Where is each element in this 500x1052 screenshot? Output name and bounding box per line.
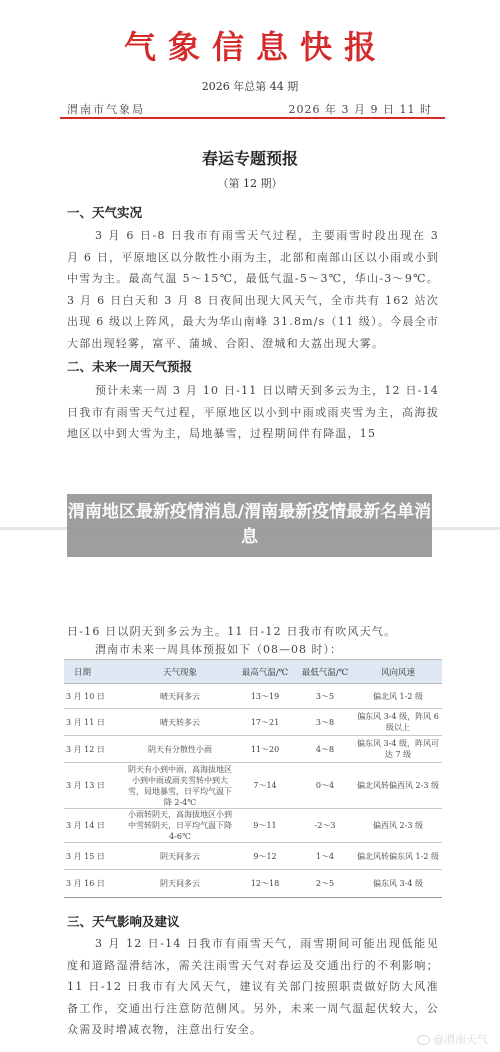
- section-heading-weekly-forecast: 二、未来一周天气预报: [67, 357, 192, 375]
- paragraph-text: 3 月 6 日-8 日我市有雨雪天气过程，主要雨雪时段出现在 3 月 6 日，平…: [67, 229, 439, 350]
- document-title: 春运专题预报: [0, 146, 500, 169]
- table-row: 3 月 12 日 阴天有分散性小雨 11～20 4～8 偏东风 3-4 级，阵风…: [64, 736, 442, 763]
- cell-weather: 晴天间多云: [126, 684, 234, 709]
- cell-weather: 阴天间多云: [126, 870, 234, 898]
- weibo-icon: [417, 1035, 430, 1045]
- section-paragraph-weekly-forecast: 预计未来一周 3 月 10 日-11 日以晴天到多云为主，12 日-14 日我市…: [67, 380, 439, 445]
- cell-min-temp: 3～8: [296, 709, 354, 736]
- table-row: 3 月 10 日 晴天间多云 13～19 3～5 偏北风 1-2 级: [64, 684, 442, 709]
- cell-date: 3 月 13 日: [64, 763, 126, 809]
- cell-max-temp: 17～21: [234, 709, 296, 736]
- table-row: 3 月 16 日 阴天间多云 12～18 2～5 偏东风 3-4 级: [64, 870, 442, 898]
- cell-min-temp: -2～3: [296, 809, 354, 843]
- cell-min-temp: 1～4: [296, 843, 354, 870]
- table-row: 3 月 15 日 阴天间多云 9～12 1～4 偏北风转偏东风 1-2 级: [64, 843, 442, 870]
- cell-max-temp: 7～14: [234, 763, 296, 809]
- cell-weather: 晴天转多云: [126, 709, 234, 736]
- cell-wind: 偏东风 3-4 级，阵风可达 7 级: [354, 736, 442, 763]
- cell-weather: 小雨转阴天，高海拔地区小到中雪转阴天，日平均气温下降 4-6℃: [126, 809, 234, 843]
- col-date: 日期: [64, 660, 126, 684]
- paragraph-text: 3 月 12 日-14 日我市有雨雪天气，雨雪期间可能出现低能见度和道路湿滑结冰…: [67, 937, 439, 1036]
- table-row: 3 月 13 日 阴天有小到中雨，高海拔地区小到中雨或雨夹雪转中到大雪，局地暴雪…: [64, 763, 442, 809]
- cell-weather: 阴天有分散性小雨: [126, 736, 234, 763]
- cell-wind: 偏东风 3-4 级，阵风 6 级以上: [354, 709, 442, 736]
- cell-wind: 偏北风 1-2 级: [354, 684, 442, 709]
- cell-weather: 阴天有小到中雨，高海拔地区小到中雨或雨夹雪转中到大雪，局地暴雪，日平均气温下降 …: [126, 763, 234, 809]
- cell-wind: 偏北风转偏东风 1-2 级: [354, 843, 442, 870]
- cell-min-temp: 3～5: [296, 684, 354, 709]
- paragraph-text: 预计未来一周 3 月 10 日-11 日以晴天到多云为主，12 日-14 日我市…: [67, 384, 439, 440]
- cell-date: 3 月 14 日: [64, 809, 126, 843]
- col-max-temp: 最高气温/℃: [234, 660, 296, 684]
- section-heading-impact-advice: 三、天气影响及建议: [67, 912, 180, 930]
- col-min-temp: 最低气温/℃: [296, 660, 354, 684]
- section-paragraph-impact-advice: 3 月 12 日-14 日我市有雨雪天气，雨雪期间可能出现低能见度和道路湿滑结冰…: [67, 933, 439, 1041]
- col-weather: 天气现象: [126, 660, 234, 684]
- issue-date: 2026 年 3 月 9 日 11 时: [289, 101, 432, 117]
- cell-max-temp: 12～18: [234, 870, 296, 898]
- cell-max-temp: 9～11: [234, 809, 296, 843]
- col-wind: 风向风速: [354, 660, 442, 684]
- cell-date: 3 月 10 日: [64, 684, 126, 709]
- cell-min-temp: 4～8: [296, 736, 354, 763]
- cell-min-temp: 0～4: [296, 763, 354, 809]
- cell-wind: 偏北风转偏西风 2-3 级: [354, 763, 442, 809]
- section-paragraph-weather-observed: 3 月 6 日-8 日我市有雨雪天气过程，主要雨雪时段出现在 3 月 6 日，平…: [67, 225, 439, 354]
- issuer: 渭南市气象局: [67, 101, 145, 117]
- cell-date: 3 月 16 日: [64, 870, 126, 898]
- cell-min-temp: 2～5: [296, 870, 354, 898]
- cell-max-temp: 9～12: [234, 843, 296, 870]
- cell-date: 3 月 12 日: [64, 736, 126, 763]
- table-row: 3 月 14 日 小雨转阴天，高海拔地区小到中雪转阴天，日平均气温下降 4-6℃…: [64, 809, 442, 843]
- watermark-text: @渭南天气: [433, 1033, 488, 1046]
- masthead-title: 气象信息快报: [0, 22, 500, 68]
- cell-max-temp: 13～19: [234, 684, 296, 709]
- cell-date: 3 月 11 日: [64, 709, 126, 736]
- table-caption: 渭南市未来一周具体预报如下（08—08 时）：: [95, 641, 342, 657]
- forecast-table: 日期 天气现象 最高气温/℃ 最低气温/℃ 风向风速 3 月 10 日 晴天间多…: [64, 659, 442, 898]
- red-divider: [60, 117, 445, 119]
- table-row: 3 月 11 日 晴天转多云 17～21 3～8 偏东风 3-4 级，阵风 6 …: [64, 709, 442, 736]
- cell-weather: 阴天间多云: [126, 843, 234, 870]
- cell-date: 3 月 15 日: [64, 843, 126, 870]
- paragraph-continued: 日-16 日以阴天到多云为主。11 日-12 日我市有吹风天气。: [67, 623, 396, 639]
- issue-number: 2026 年总第 44 期: [0, 78, 500, 94]
- cell-wind: 偏西风 2-3 级: [354, 809, 442, 843]
- watermark: @渭南天气: [417, 1031, 488, 1047]
- cell-wind: 偏东风 3-4 级: [354, 870, 442, 898]
- document-subtitle: （第 12 期）: [0, 175, 500, 191]
- table-header-row: 日期 天气现象 最高气温/℃ 最低气温/℃ 风向风速: [64, 660, 442, 684]
- section-heading-weather-observed: 一、天气实况: [67, 203, 142, 221]
- cell-max-temp: 11～20: [234, 736, 296, 763]
- headline-overlay: 渭南地区最新疫情消息/渭南最新疫情最新名单消息: [67, 494, 432, 557]
